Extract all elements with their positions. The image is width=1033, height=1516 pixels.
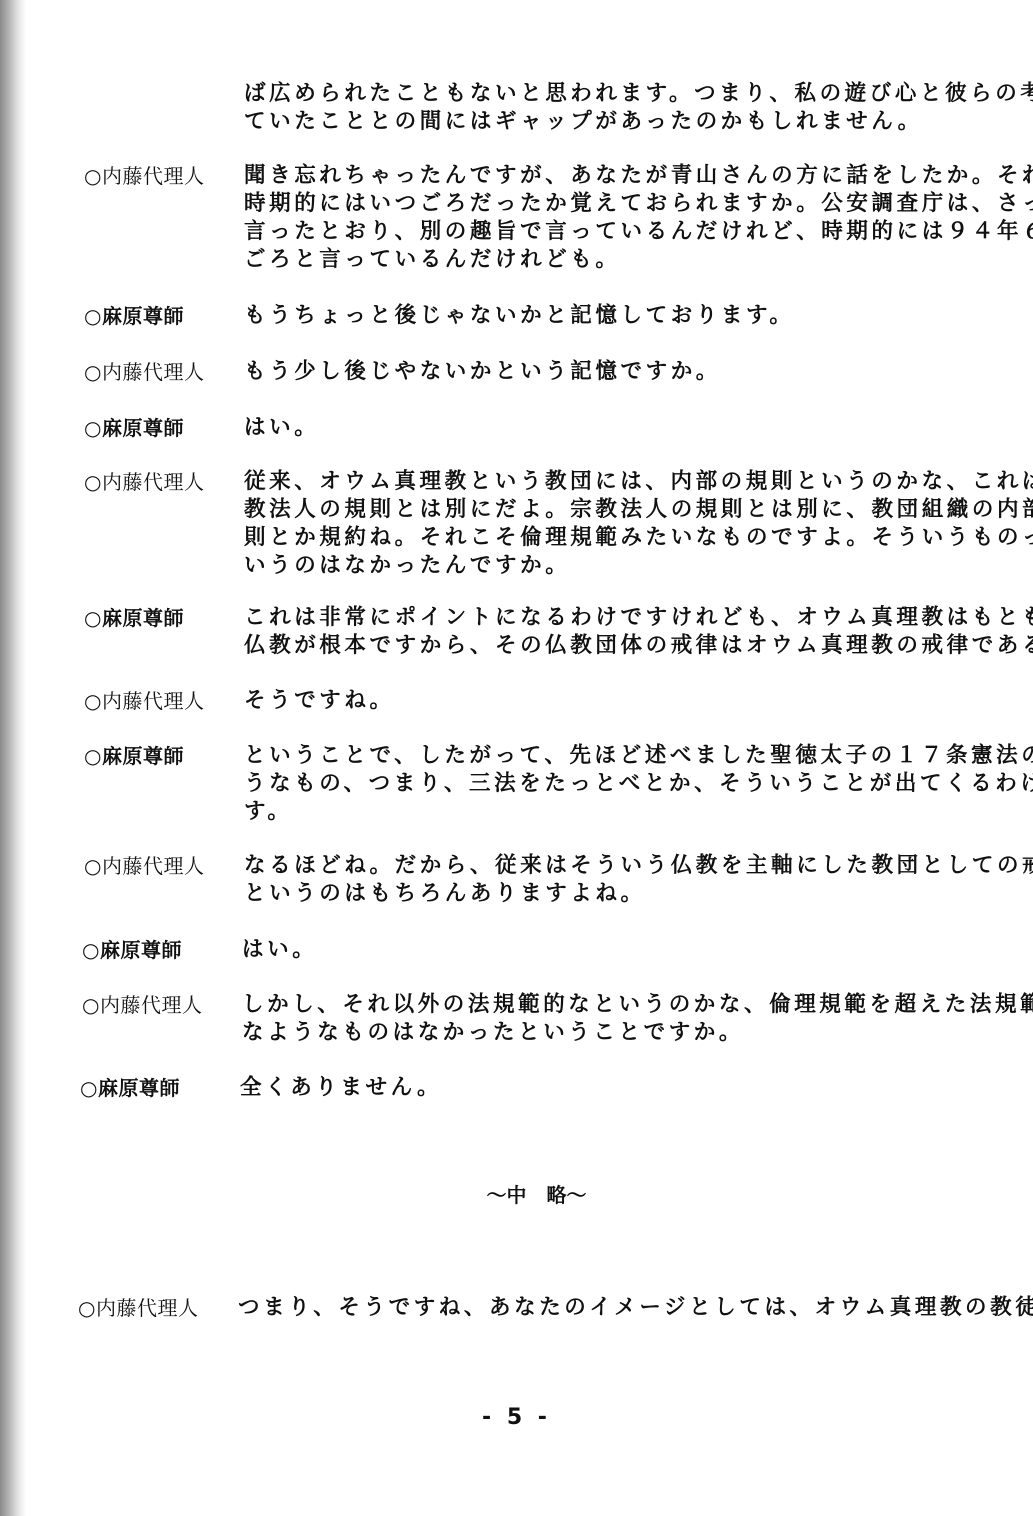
utterance-line: いうのはなかったんですか。 [244,551,570,581]
utterance-line: 全くありません。 [240,1073,442,1103]
utterance-line: うなもの、つまり、三法をたっとべとか、そういうことが出てくるわけで [244,769,1033,799]
utterance-line: 聞き忘れちゃったんですが、あなたが青山さんの方に話をしたか。それは [244,161,1033,191]
speaker-label: ○内藤代理人 [78,1293,198,1323]
speaker-label: ○麻原尊師 [84,603,184,633]
utterance-line: つまり、そうですね、あなたのイメージとしては、オウム真理教の教徒の [238,1293,1033,1323]
speaker-label: ○内藤代理人 [84,686,204,716]
utterance-line: 時期的にはいつごろだったか覚えておられますか。公安調査庁は、さっき [244,189,1033,219]
speaker-label: ○内藤代理人 [84,161,204,191]
utterance-line: なるほどね。だから、従来はそういう仏教を主軸にした教団としての戒律 [244,851,1033,881]
utterance-line: そうですね。 [244,686,395,716]
utterance-line: これは非常にポイントになるわけですけれども、オウム真理教はもともと [244,603,1033,633]
speaker-label: ○内藤代理人 [84,357,204,387]
speaker-label: ○内藤代理人 [82,990,202,1020]
utterance-line: というのはもちろんありますよね。 [244,879,646,909]
continuation-line: ば広められたこともないと思われます。つまり、私の遊び心と彼らの考え [244,79,1033,109]
page-number: - 5 - [0,1403,1033,1433]
utterance-line: 従来、オウム真理教という教団には、内部の規則というのかな、これは宗 [244,467,1033,497]
utterance-line: 教法人の規則とは別にだよ。宗教法人の規則とは別に、教団組織の内部規 [244,495,1033,525]
utterance-line: ということで、したがって、先ほど述べました聖徳太子の１７条憲法のよ [244,741,1033,771]
utterance-line: 言ったとおり、別の趣旨で言っているんだけれど、時期的には９４年６月 [244,217,1033,247]
document-page: ば広められたこともないと思われます。つまり、私の遊び心と彼らの考え ていたことと… [0,0,1033,1516]
section-break: ～中 略～ [0,1180,1033,1210]
speaker-label: ○麻原尊師 [80,1073,180,1103]
utterance-line: 則とか規約ね。それこそ倫理規範みたいなものですよ。そういうものって [244,523,1033,553]
utterance-line: はい。 [244,413,319,443]
speaker-label: ○麻原尊師 [82,935,182,965]
utterance-line: もう少し後じやないかという記憶ですか。 [244,357,721,387]
utterance-line: す。 [244,797,292,827]
utterance-line: ごろと言っているんだけれども。 [244,245,621,275]
utterance-line: はい。 [242,935,317,965]
speaker-label: ○麻原尊師 [84,301,184,331]
utterance-line: なようなものはなかったということですか。 [242,1018,744,1048]
utterance-line: しかし、それ以外の法規範的なというのかな、倫理規範を超えた法規範的 [242,990,1033,1020]
speaker-label: ○麻原尊師 [84,741,184,771]
utterance-line: もうちょっと後じゃないかと記憶しております。 [244,301,794,331]
utterance-line: 仏教が根本ですから、その仏教団体の戒律はオウム真理教の戒律である。 [244,631,1033,661]
speaker-label: ○内藤代理人 [84,851,204,881]
speaker-label: ○内藤代理人 [84,467,204,497]
continuation-line: ていたこととの間にはギャップがあったのかもしれません。 [244,107,923,137]
speaker-label: ○麻原尊師 [84,413,184,443]
